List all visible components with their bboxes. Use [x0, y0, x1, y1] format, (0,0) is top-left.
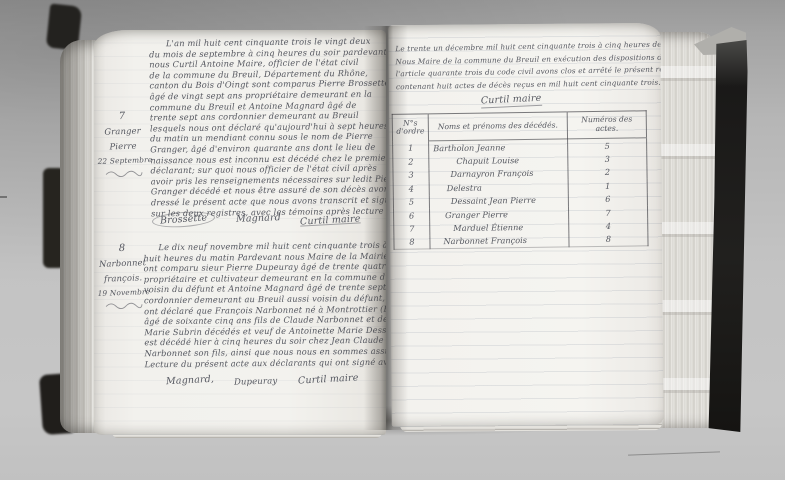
manuscript-line: trente sept ans cordonnier demeurant au …: [150, 110, 384, 123]
deaths-index-table: N°s d'ordre Noms et prénoms des décédés.…: [392, 110, 649, 250]
margin-surname: Granger: [96, 123, 148, 140]
col-header-acts: Numéros des actes.: [567, 111, 646, 139]
manuscript-line: Narbonnet son fils, ainsi que nous nous …: [144, 346, 386, 359]
margin-date: 19 Novembre: [97, 285, 149, 301]
manuscript-line: Granger décédé et nous être assuré de so…: [151, 184, 385, 197]
death-act-8-text: Le dix neuf novembre mil huit cent cinqu…: [143, 240, 386, 370]
manuscript-line: dressé le présent acte que nous avons tr…: [151, 194, 385, 207]
order-number-cell: 8: [394, 235, 430, 249]
manuscript-line: avoir pris les renseignements nécessaire…: [151, 173, 385, 186]
order-number-cell: 7: [394, 222, 430, 236]
right-page-edge-stack: [655, 32, 717, 428]
manuscript-line: cordonnier demeurant au Breuil aussi voi…: [144, 293, 386, 306]
margin-note-act-8: 8 Narbonnet françois. 19 Novembre: [96, 241, 150, 310]
act-number-cell: 3: [568, 152, 647, 166]
manuscript-line: nous Curtil Antoine Maire, officier de l…: [149, 57, 383, 70]
margin-surname: Narbonnet: [96, 255, 148, 272]
margin-note-act-7: 7 Granger Pierre 22 Septembre: [96, 109, 150, 178]
order-number-cell: 1: [393, 141, 429, 155]
order-number-cell: 3: [393, 168, 429, 182]
margin-date: 22 Septembre: [97, 153, 149, 169]
manuscript-line: huit heures du matin Pardevant nous Mair…: [143, 250, 385, 263]
left-page: 7 Granger Pierre 22 Septembre 8 Narbonne…: [94, 30, 386, 435]
margin-firstname: Pierre: [97, 138, 149, 155]
table-row: 8 Narbonnet François 8: [394, 232, 648, 249]
manuscript-line: âgé de soixante cinq ans fils de Claude …: [144, 314, 386, 327]
manuscript-line: canton du Bois d'Oingt sont comparus Pie…: [149, 78, 383, 91]
scanned-register-spread: 7 Granger Pierre 22 Septembre 8 Narbonne…: [0, 0, 785, 480]
death-act-7-text: L'an mil huit cent cinquante trois le vi…: [149, 36, 385, 219]
act-number-cell: 7: [568, 205, 647, 219]
background-mark: [0, 196, 7, 198]
background-scratch: [628, 451, 720, 455]
register-closing-statement: Le trente un décembre mil huit cent cinq…: [395, 39, 658, 94]
right-page: Le trente un décembre mil huit cent cinq…: [388, 23, 663, 427]
manuscript-line: ont déclaré que François Narbonnet né à …: [144, 303, 386, 316]
signature-witness: Brossette: [152, 210, 216, 229]
signature-mayor: Curtil maire: [298, 372, 359, 386]
signature-mayor: Curtil maire: [481, 93, 542, 109]
act-number-cell: 5: [568, 138, 647, 153]
margin-firstname: françois.: [97, 270, 149, 287]
col-header-names: Noms et prénoms des décédés.: [428, 112, 567, 141]
manuscript-line: lesquels nous ont déclaré qu'aujourd'hui…: [150, 120, 384, 133]
flourish-squiggle-icon: [105, 168, 143, 177]
manuscript-line: L'an mil huit cent cinquante trois le vi…: [149, 36, 383, 49]
act-number-cell: 4: [569, 219, 648, 233]
act-number-cell: 1: [568, 178, 647, 192]
margin-act-number: 8: [96, 241, 148, 257]
manuscript-line: propriétaire et cultivateur demeurant en…: [144, 272, 386, 285]
signature-witness: Magnard: [236, 212, 281, 225]
manuscript-line: naissance nous est inconnu est décédé ch…: [150, 152, 384, 165]
manuscript-line: est décédé hier à cinq heures du soir ch…: [144, 335, 386, 348]
signature-witness: Magnard,: [166, 374, 215, 388]
order-number-cell: 4: [393, 181, 429, 195]
order-number-cell: 2: [393, 155, 429, 169]
manuscript-line: du mois de septembre à cinq heures du so…: [149, 46, 383, 59]
manuscript-line: Le dix neuf novembre mil huit cent cinqu…: [143, 240, 385, 253]
deceased-name-cell: Narbonnet François: [430, 233, 569, 249]
manuscript-line: commune du Breuil et Antoine Magnard âgé…: [150, 99, 384, 112]
col-header-order: N°s d'ordre: [392, 114, 428, 142]
order-number-cell: 5: [393, 195, 429, 209]
act-8-signatures: Magnard, Dupeuray Curtil maire: [156, 371, 386, 395]
manuscript-line: déclarant; sur quoi nous officier de l'é…: [150, 163, 384, 176]
manuscript-line: voisin du défunt et Antoine Magnard âgé …: [144, 282, 386, 295]
order-number-cell: 6: [393, 208, 429, 222]
manuscript-line: Marie Subrin décédés et veuf de Antoinet…: [144, 324, 386, 337]
manuscript-line: ont comparu sieur Pierre Dupeuray âgé de…: [144, 261, 386, 274]
signature-witness: Dupeuray: [234, 376, 278, 388]
signature-mayor: Curtil maire: [300, 213, 361, 227]
manuscript-line: du matin un mendiant connu sous le nom d…: [150, 131, 384, 144]
act-number-cell: 2: [568, 165, 647, 179]
act-7-signatures: Brossette Magnard Curtil maire: [152, 209, 382, 233]
margin-act-number: 7: [96, 109, 148, 125]
manuscript-line: de la commune du Breuil, Département du …: [149, 67, 383, 80]
flourish-squiggle-icon: [105, 300, 143, 309]
manuscript-line: âgé de vingt sept ans propriétaire demeu…: [150, 89, 384, 102]
act-number-cell: 6: [568, 192, 647, 206]
manuscript-line: Lecture du présent acte aux déclarants q…: [145, 356, 386, 369]
act-number-cell: 8: [569, 232, 648, 247]
table-header-row: N°s d'ordre Noms et prénoms des décédés.…: [392, 111, 646, 142]
manuscript-line: sur les deux registres, avec les témoins…: [151, 205, 385, 218]
manuscript-line: Granger, âgé d'environ quarante ans dont…: [150, 142, 384, 155]
